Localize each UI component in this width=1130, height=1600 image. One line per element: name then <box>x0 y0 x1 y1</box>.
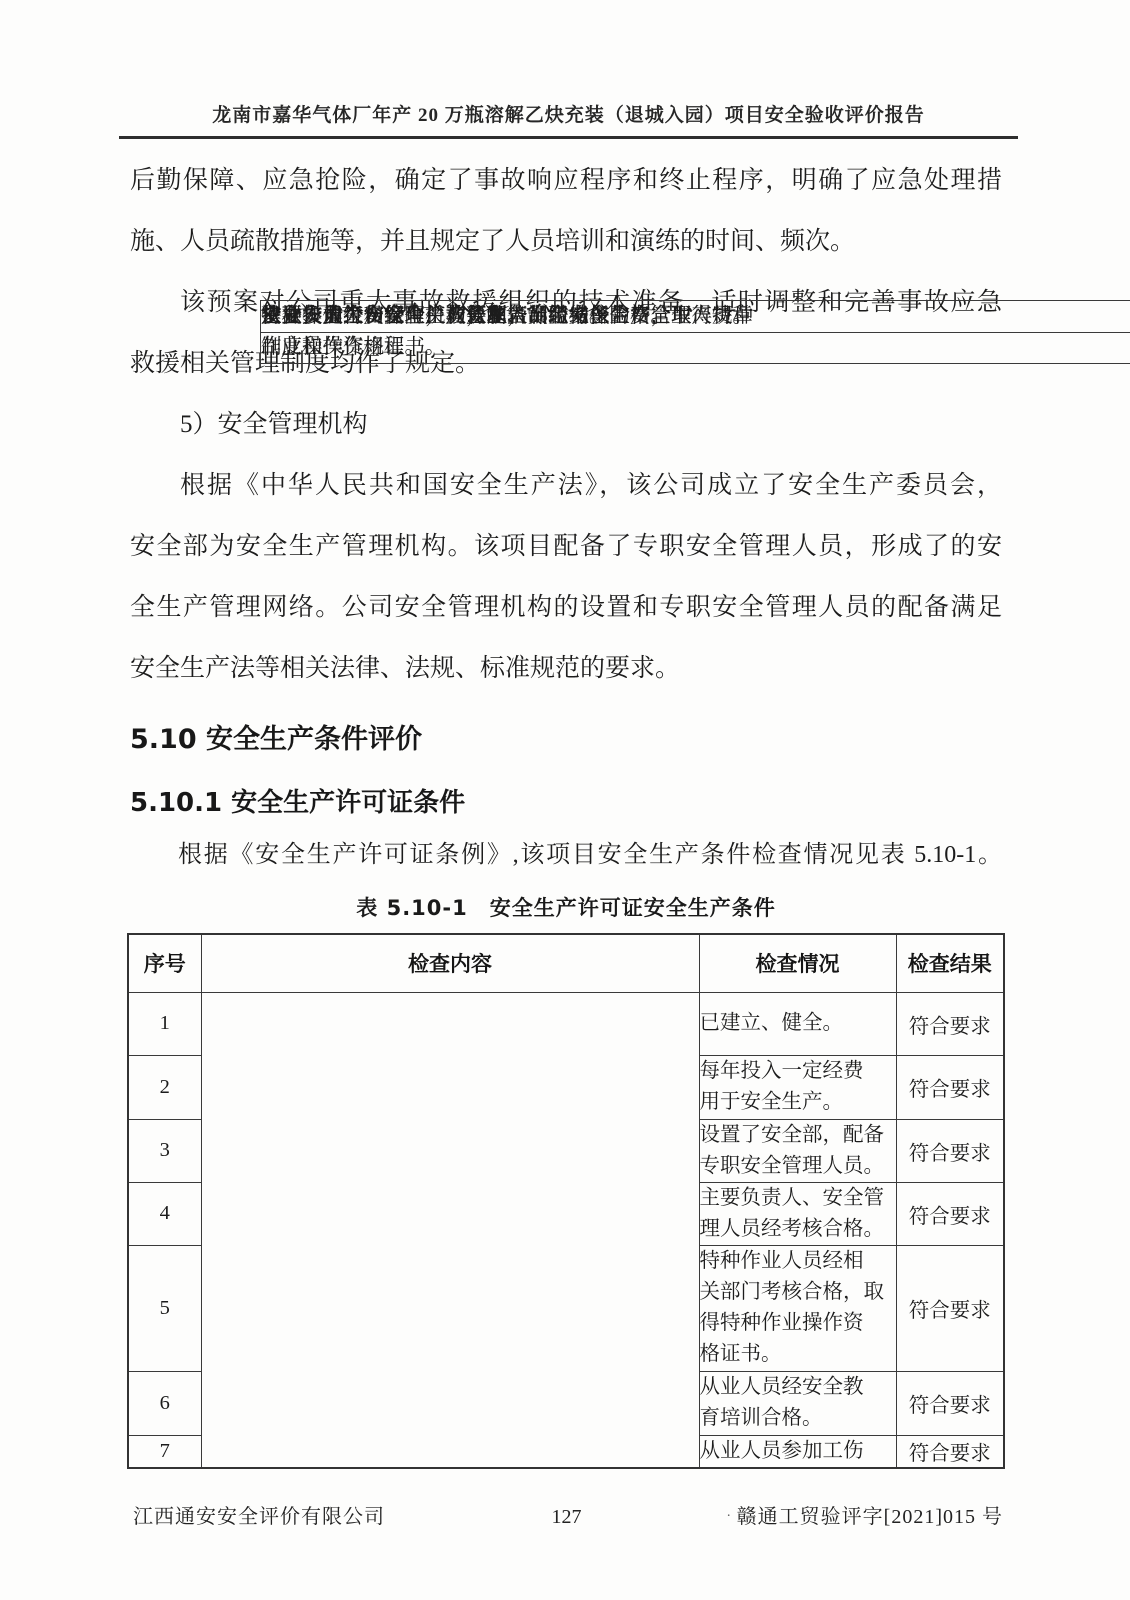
cell-situation: 每年投入一定经费 用于安全生产。 <box>699 1055 896 1119</box>
subsection-heading: 5.10.1 安全生产许可证条件 <box>130 779 1002 827</box>
cell-no: 7 <box>128 1435 201 1468</box>
cell-result: 符合要求 <box>896 1245 1004 1371</box>
body-line-list-item: 5）安全管理机构 <box>130 394 1002 455</box>
cell-situation: 设置了安全部，配备 专职安全管理人员。 <box>699 1119 896 1182</box>
col-header-content: 检查内容 <box>201 934 699 992</box>
cell-situation: 已建立、健全。 <box>699 992 896 1055</box>
body-line: 安全生产法等相关法律、法规、标准规范的要求。 <box>130 638 1002 699</box>
table-row: 7 依法参加工伤保险，为从业人员缴纳保险费。 从业人员参加工伤 符合要求 <box>128 1435 1004 1468</box>
table-caption: 表 5.10-1 安全生产许可证安全生产条件 <box>130 883 1002 933</box>
cell-result: 符合要求 <box>896 1055 1004 1119</box>
cell-no: 2 <box>128 1055 201 1119</box>
cell-no: 1 <box>128 992 201 1055</box>
cell-no: 3 <box>128 1119 201 1182</box>
cell-no: 6 <box>128 1371 201 1435</box>
table-row: 2 安全投入符合安全生产要求。 每年投入一定经费 用于安全生产。 符合要求 <box>128 1055 1004 1119</box>
conditions-table: 序号 检查内容 检查情况 检查结果 1 建立、健全安全生产责任制，制定完备的安全… <box>127 933 1005 1469</box>
section-heading: 5.10 安全生产条件评价 <box>130 715 1002 765</box>
col-header-result: 检查结果 <box>896 934 1004 992</box>
cell-situation: 从业人员参加工伤 <box>699 1435 896 1468</box>
running-header-title: 龙南市嘉华气体厂年产 20 万瓶溶解乙炔充装（退城入园）项目安全验收评价报告 <box>119 100 1018 139</box>
cell-result: 符合要求 <box>896 1371 1004 1435</box>
cell-result: 符合要求 <box>896 1119 1004 1182</box>
table-row: 1 建立、健全安全生产责任制，制定完备的安全生产规章 制度和操作规程。 已建立、… <box>128 992 1004 1055</box>
cell-situation: 主要负责人、安全管 理人员经考核合格。 <box>699 1182 896 1245</box>
body-line: 施、人员疏散措施等，并且规定了人员培训和演练的时间、频次。 <box>130 211 1002 272</box>
table-row: 6 从业人员经安全生产教育和培训合格。 从业人员经安全教 育培训合格。 符合要求 <box>128 1371 1004 1435</box>
cell-content: 依法参加工伤保险，为从业人员缴纳保险费。 <box>260 300 1130 333</box>
cell-result: 符合要求 <box>896 1182 1004 1245</box>
col-header-situation: 检查情况 <box>699 934 896 992</box>
page-body: 后勤保障、应急抢险，确定了事故响应程序和终止程序，明确了应急处理措 施、人员疏散… <box>130 150 1002 1469</box>
page-footer: 江西通安安全评价有限公司 127 · 赣通工贸验评字[2021]015 号 <box>130 1497 1003 1537</box>
body-line: 全生产管理网络。公司安全管理机构的设置和专职安全管理人员的配备满足 <box>130 577 1002 638</box>
cell-result: 符合要求 <box>896 1435 1004 1468</box>
table-intro-paragraph: 根据《安全生产许可证条例》,该项目安全生产条件检查情况见表 5.10-1。 <box>130 827 1002 883</box>
body-line: 根据《中华人民共和国安全生产法》，该公司成立了安全生产委员会， <box>130 455 1002 516</box>
cell-situation: 从业人员经安全教 育培训合格。 <box>699 1371 896 1435</box>
cell-result: 符合要求 <box>896 992 1004 1055</box>
body-line: 安全部为安全生产管理机构。该项目配备了专职安全管理人员，形成了的安 <box>130 516 1002 577</box>
document-page: 龙南市嘉华气体厂年产 20 万瓶溶解乙炔充装（退城入园）项目安全验收评价报告 后… <box>0 0 1130 1600</box>
cell-situation: 特种作业人员经相 关部门考核合格，取 得特种作业操作资 格证书。 <box>699 1245 896 1371</box>
table-row: 5 特种作业人员经有关业务主管部门考核合格，取得特种 作业操作资格证书。 特种作… <box>128 1245 1004 1371</box>
cell-no: 4 <box>128 1182 201 1245</box>
footer-doc-number: 赣通工贸验评字[2021]015 号 <box>737 1497 1003 1537</box>
table-row: 3 设置安全生产管理机构，配备专职安全生产管理人员。 设置了安全部，配备 专职安… <box>128 1119 1004 1182</box>
body-line: 后勤保障、应急抢险，确定了事故响应程序和终止程序，明确了应急处理措 <box>130 150 1002 211</box>
footer-dot-mark: · <box>726 1497 731 1537</box>
cell-no: 5 <box>128 1245 201 1371</box>
col-header-no: 序号 <box>128 934 201 992</box>
table-row: 4 主要负责人和安全生产管理人员经考核合格。 主要负责人、安全管 理人员经考核合… <box>128 1182 1004 1245</box>
table-header-row: 序号 检查内容 检查情况 检查结果 <box>128 934 1004 992</box>
